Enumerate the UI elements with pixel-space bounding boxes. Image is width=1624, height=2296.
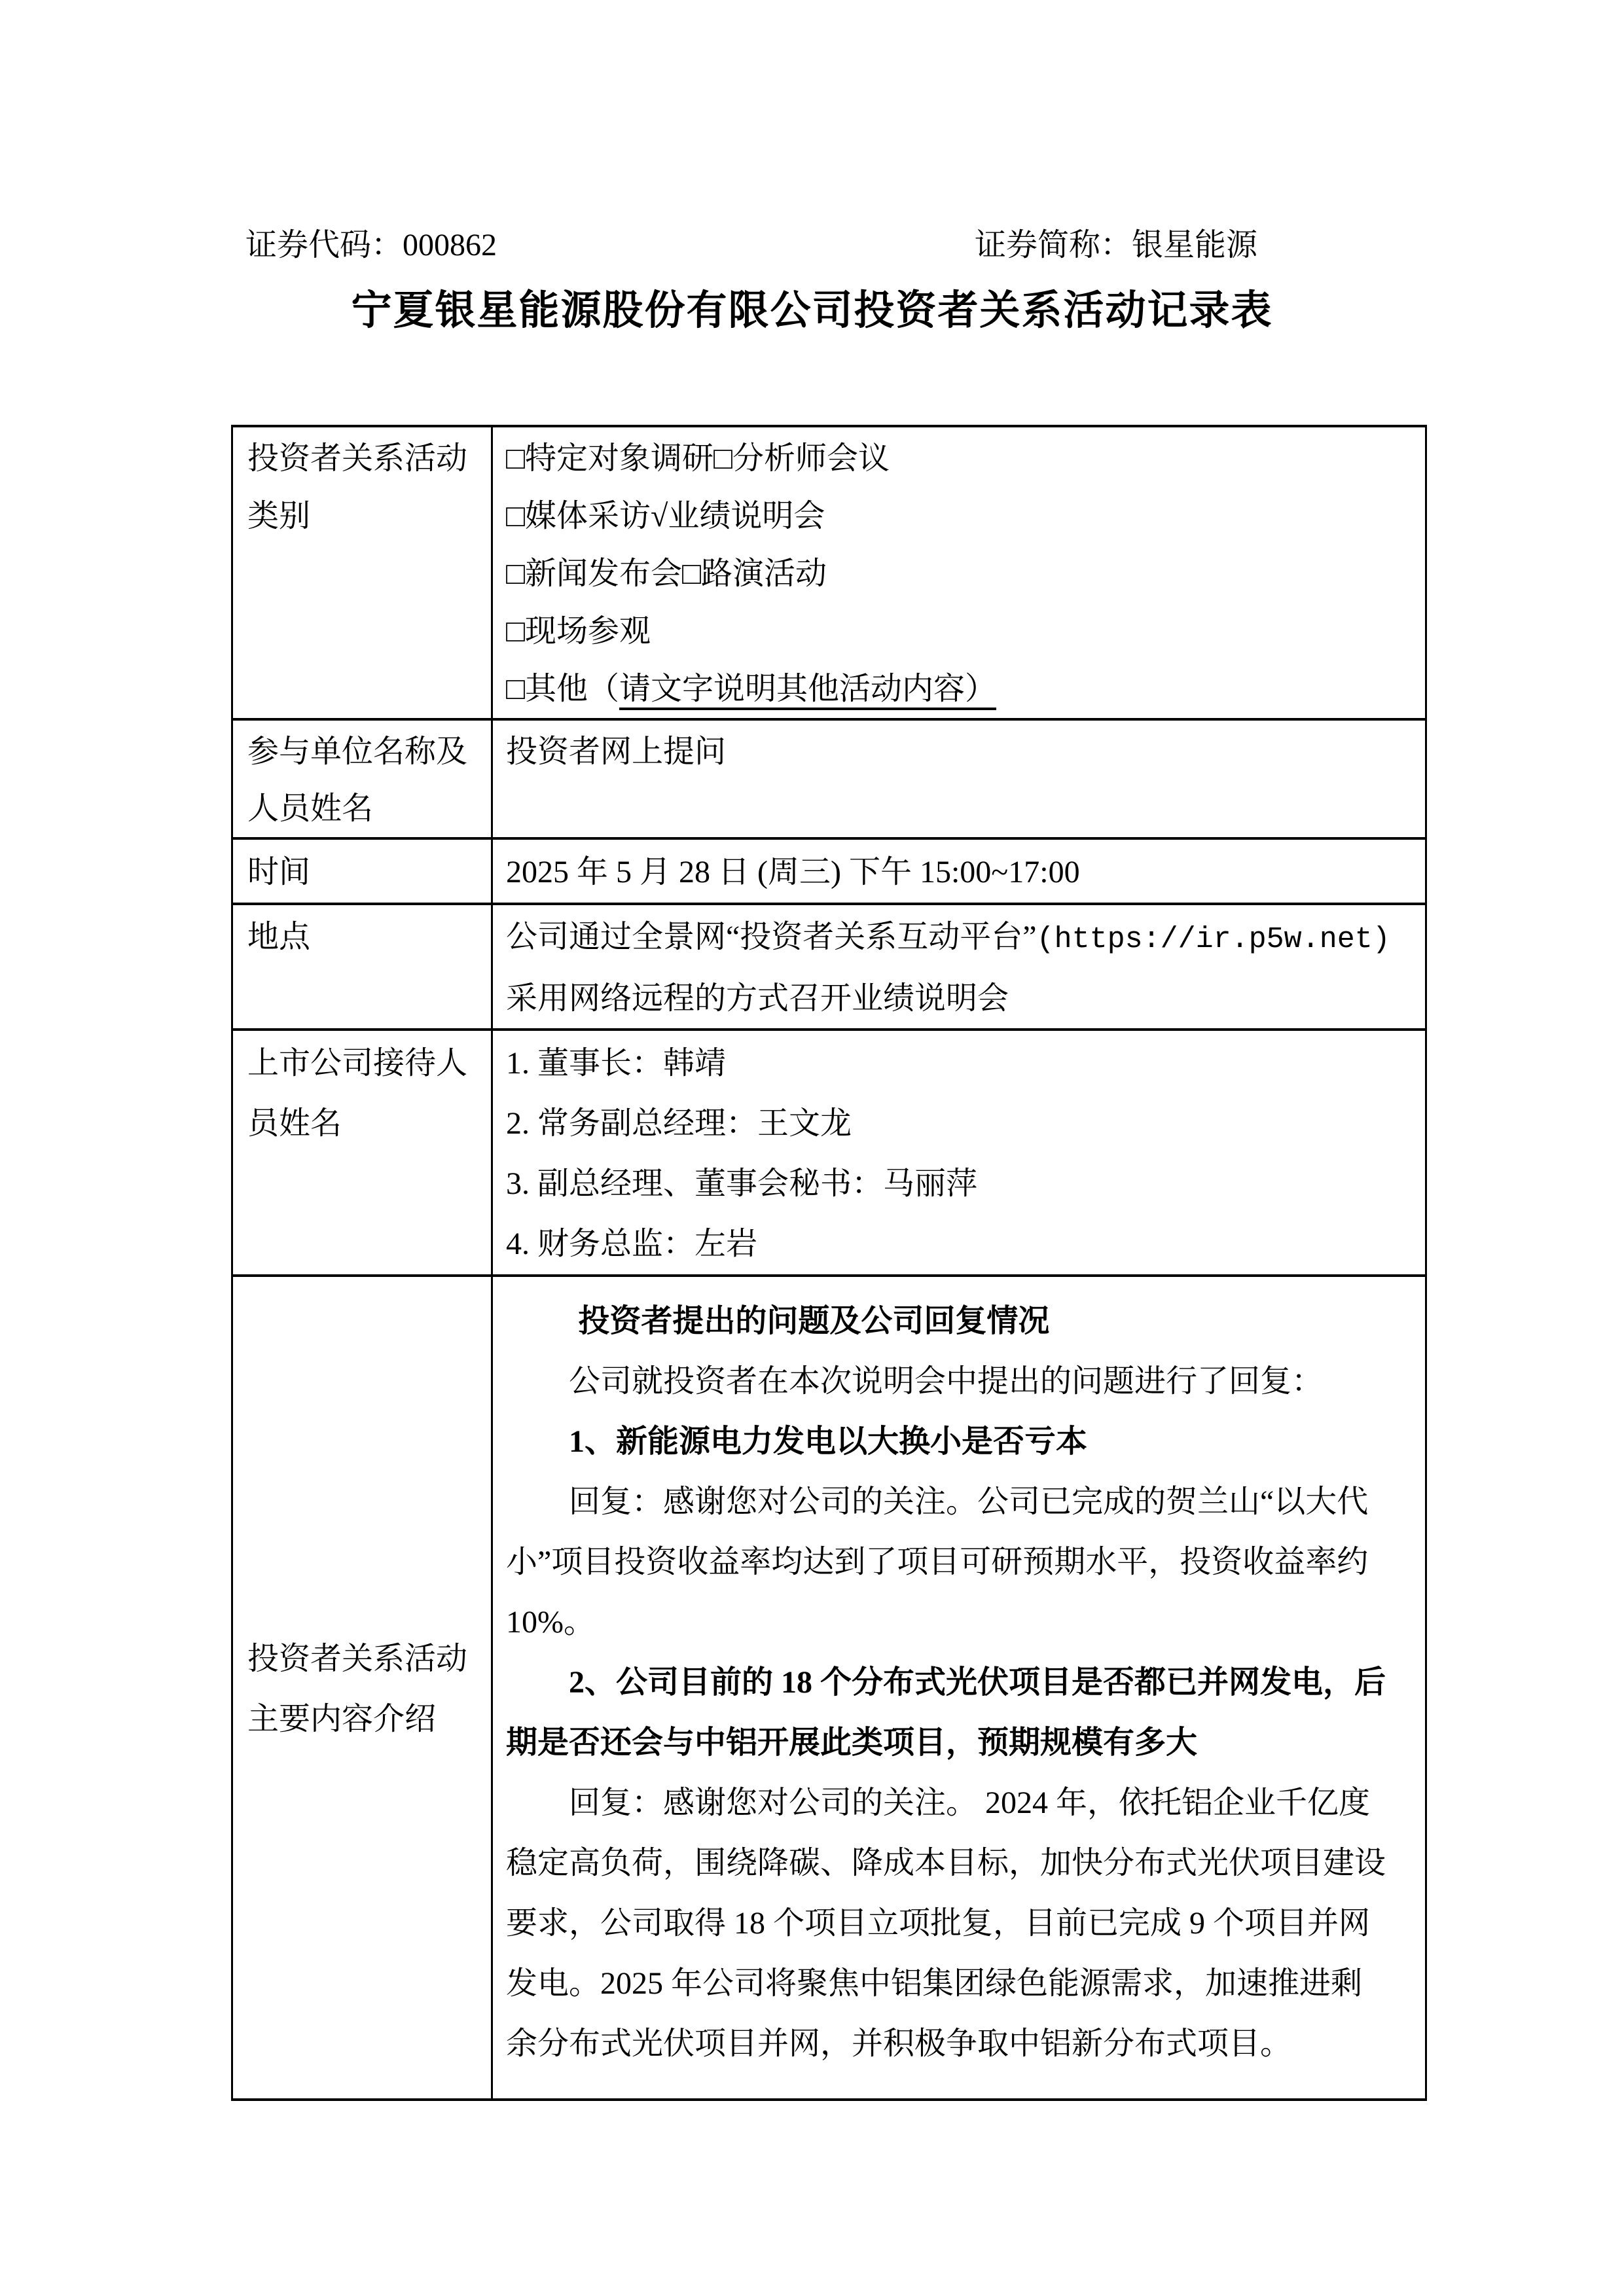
content-line: 公司就投资者在本次说明会中提出的问题进行了回复：	[506, 1352, 1417, 1412]
content-line: 2. 常务副总经理：王文龙	[506, 1094, 1417, 1154]
text-segment: □媒体采访√业绩说明会	[506, 499, 825, 533]
text-segment: □特定对象调研□分析师会议	[506, 441, 890, 476]
row-label-text: 地点	[247, 920, 310, 954]
content-line: 3. 副总经理、董事会秘书：马丽萍	[506, 1154, 1417, 1214]
content-line: 稳定高负荷，围绕降碳、降成本目标，加快分布式光伏项目建设	[506, 1833, 1417, 1893]
row-label-text: 时间	[247, 855, 310, 889]
content-line: 4. 财务总监：左岩	[506, 1214, 1417, 1274]
text-segment: 期是否还会与中铝开展此类项目，预期规模有多大	[506, 1725, 1197, 1760]
row-label-cell: 地点	[232, 904, 492, 1030]
content-line: □其他（请文字说明其他活动内容）	[506, 660, 1417, 718]
text-segment: 小”项目投资收益率均达到了项目可研预期水平，投资收益率约	[506, 1545, 1368, 1579]
text-segment: 2. 常务副总经理：王文龙	[506, 1106, 852, 1141]
content-line: □特定对象调研□分析师会议	[506, 430, 1417, 488]
content-line: 采用网络远程的方式召开业绩说明会	[506, 969, 1417, 1028]
table-row: 参与单位名称及人员姓名投资者网上提问	[232, 719, 1426, 838]
content-line: 期是否还会与中铝开展此类项目，预期规模有多大	[506, 1713, 1417, 1773]
content-line: □媒体采访√业绩说明会	[506, 488, 1417, 545]
content-line: 要求，公司取得 18 个项目立项批复，目前已完成 9 个项目并网	[506, 1893, 1417, 1954]
stock-short-name-label: 证券简称：银星能源	[975, 226, 1257, 265]
content-line: 2、公司目前的 18 个分布式光伏项目是否都已并网发电，后	[506, 1653, 1417, 1713]
url-text: (https://ir.p5w.net)	[1037, 923, 1390, 956]
text-segment: 要求，公司取得 18 个项目立项批复，目前已完成 9 个项目并网	[506, 1906, 1370, 1941]
text-segment: □其他（	[506, 672, 619, 706]
text-segment: 采用网络远程的方式召开业绩说明会	[506, 981, 1009, 1016]
row-content-cell: 投资者提出的问题及公司回复情况公司就投资者在本次说明会中提出的问题进行了回复：1…	[492, 1276, 1426, 2100]
text-segment: 回复：感谢您对公司的关注。公司已完成的贺兰山“以大代	[569, 1484, 1368, 1519]
content-line: 小”项目投资收益率均达到了项目可研预期水平，投资收益率约	[506, 1532, 1417, 1592]
row-label-cell: 参与单位名称及人员姓名	[232, 719, 492, 838]
row-label-cell: 时间	[232, 838, 492, 904]
row-label-text: 上市公司接待人员姓名	[247, 1046, 467, 1141]
text-segment: □新闻发布会□路演活动	[506, 556, 827, 591]
content-line: 公司通过全景网“投资者关系互动平台”(https://ir.p5w.net)	[506, 908, 1417, 969]
table-row: 上市公司接待人员姓名1. 董事长：韩靖2. 常务副总经理：王文龙3. 副总经理、…	[232, 1030, 1426, 1276]
text-segment: 回复：感谢您对公司的关注。 2024 年，依托铝企业千亿度	[569, 1785, 1370, 1820]
row-label-cell: 投资者关系活动主要内容介绍	[232, 1276, 492, 2100]
investor-relations-record-table: 投资者关系活动类别□特定对象调研□分析师会议□媒体采访√业绩说明会□新闻发布会□…	[231, 425, 1427, 2101]
row-content-cell: 2025 年 5 月 28 日 (周三) 下午 15:00~17:00	[492, 838, 1426, 904]
text-segment: 公司通过全景网“投资者关系互动平台”	[506, 920, 1037, 954]
content-line: 1. 董事长：韩靖	[506, 1033, 1417, 1094]
text-segment: 公司就投资者在本次说明会中提出的问题进行了回复：	[569, 1364, 1323, 1399]
content-line: 回复：感谢您对公司的关注。 2024 年，依托铝企业千亿度	[506, 1773, 1417, 1833]
row-label-text: 参与单位名称及人员姓名	[247, 734, 467, 826]
table-row: 时间2025 年 5 月 28 日 (周三) 下午 15:00~17:00	[232, 838, 1426, 904]
content-line: 回复：感谢您对公司的关注。公司已完成的贺兰山“以大代	[506, 1472, 1417, 1532]
text-segment: 1、新能源电力发电以大换小是否亏本	[569, 1424, 1087, 1459]
stock-code-label: 证券代码：000862	[245, 226, 497, 265]
row-content-cell: 1. 董事长：韩靖2. 常务副总经理：王文龙3. 副总经理、董事会秘书：马丽萍4…	[492, 1030, 1426, 1276]
text-segment: 3. 副总经理、董事会秘书：马丽萍	[506, 1166, 977, 1201]
content-line: 发电。2025 年公司将聚焦中铝集团绿色能源需求，加速推进剩	[506, 1954, 1417, 2014]
text-segment: 投资者提出的问题及公司回复情况	[578, 1304, 1049, 1338]
content-line: 投资者网上提问	[506, 723, 1417, 780]
page-title: 宁夏银星能源股份有限公司投资者关系活动记录表	[0, 281, 1624, 341]
row-content-cell: 投资者网上提问	[492, 719, 1426, 838]
row-label-text: 投资者关系活动类别	[247, 441, 467, 533]
text-segment: 2025 年 5 月 28 日 (周三) 下午 15:00~17:00	[506, 855, 1080, 889]
content-line: 投资者提出的问题及公司回复情况	[506, 1291, 1417, 1352]
content-line: 2025 年 5 月 28 日 (周三) 下午 15:00~17:00	[506, 842, 1417, 903]
row-content-cell: □特定对象调研□分析师会议□媒体采访√业绩说明会□新闻发布会□路演活动□现场参观…	[492, 426, 1426, 719]
text-segment: □现场参观	[506, 614, 651, 649]
text-segment: 10%。	[506, 1605, 595, 1640]
text-segment: 2、公司目前的 18 个分布式光伏项目是否都已并网发电，后	[569, 1665, 1386, 1700]
table-row: 地点公司通过全景网“投资者关系互动平台”(https://ir.p5w.net)…	[232, 904, 1426, 1030]
text-segment: 发电。2025 年公司将聚焦中铝集团绿色能源需求，加速推进剩	[506, 1966, 1362, 2001]
content-line: 10%。	[506, 1592, 1417, 1653]
row-label-cell: 投资者关系活动类别	[232, 426, 492, 719]
row-label-cell: 上市公司接待人员姓名	[232, 1030, 492, 1276]
content-line: □现场参观	[506, 603, 1417, 660]
text-segment: 1. 董事长：韩靖	[506, 1046, 726, 1081]
text-segment: 余分布式光伏项目并网，并积极争取中铝新分布式项目。	[506, 2026, 1291, 2061]
document-page: 证券代码：000862 证券简称：银星能源 宁夏银星能源股份有限公司投资者关系活…	[0, 0, 1624, 2296]
row-content-cell: 公司通过全景网“投资者关系互动平台”(https://ir.p5w.net)采用…	[492, 904, 1426, 1030]
text-segment: 投资者网上提问	[506, 734, 726, 769]
table-row: 投资者关系活动类别□特定对象调研□分析师会议□媒体采访√业绩说明会□新闻发布会□…	[232, 426, 1426, 719]
underlined-text: 请文字说明其他活动内容）	[619, 672, 996, 710]
row-label-text: 投资者关系活动主要内容介绍	[247, 1641, 467, 1736]
content-line: 余分布式光伏项目并网，并积极争取中铝新分布式项目。	[506, 2014, 1417, 2074]
text-segment: 稳定高负荷，围绕降碳、降成本目标，加快分布式光伏项目建设	[506, 1846, 1386, 1880]
table-row: 投资者关系活动主要内容介绍投资者提出的问题及公司回复情况公司就投资者在本次说明会…	[232, 1276, 1426, 2100]
content-line: □新闻发布会□路演活动	[506, 545, 1417, 603]
document-header: 证券代码：000862 证券简称：银星能源	[245, 226, 1257, 265]
content-line: 1、新能源电力发电以大换小是否亏本	[506, 1412, 1417, 1472]
text-segment: 4. 财务总监：左岩	[506, 1227, 757, 1261]
